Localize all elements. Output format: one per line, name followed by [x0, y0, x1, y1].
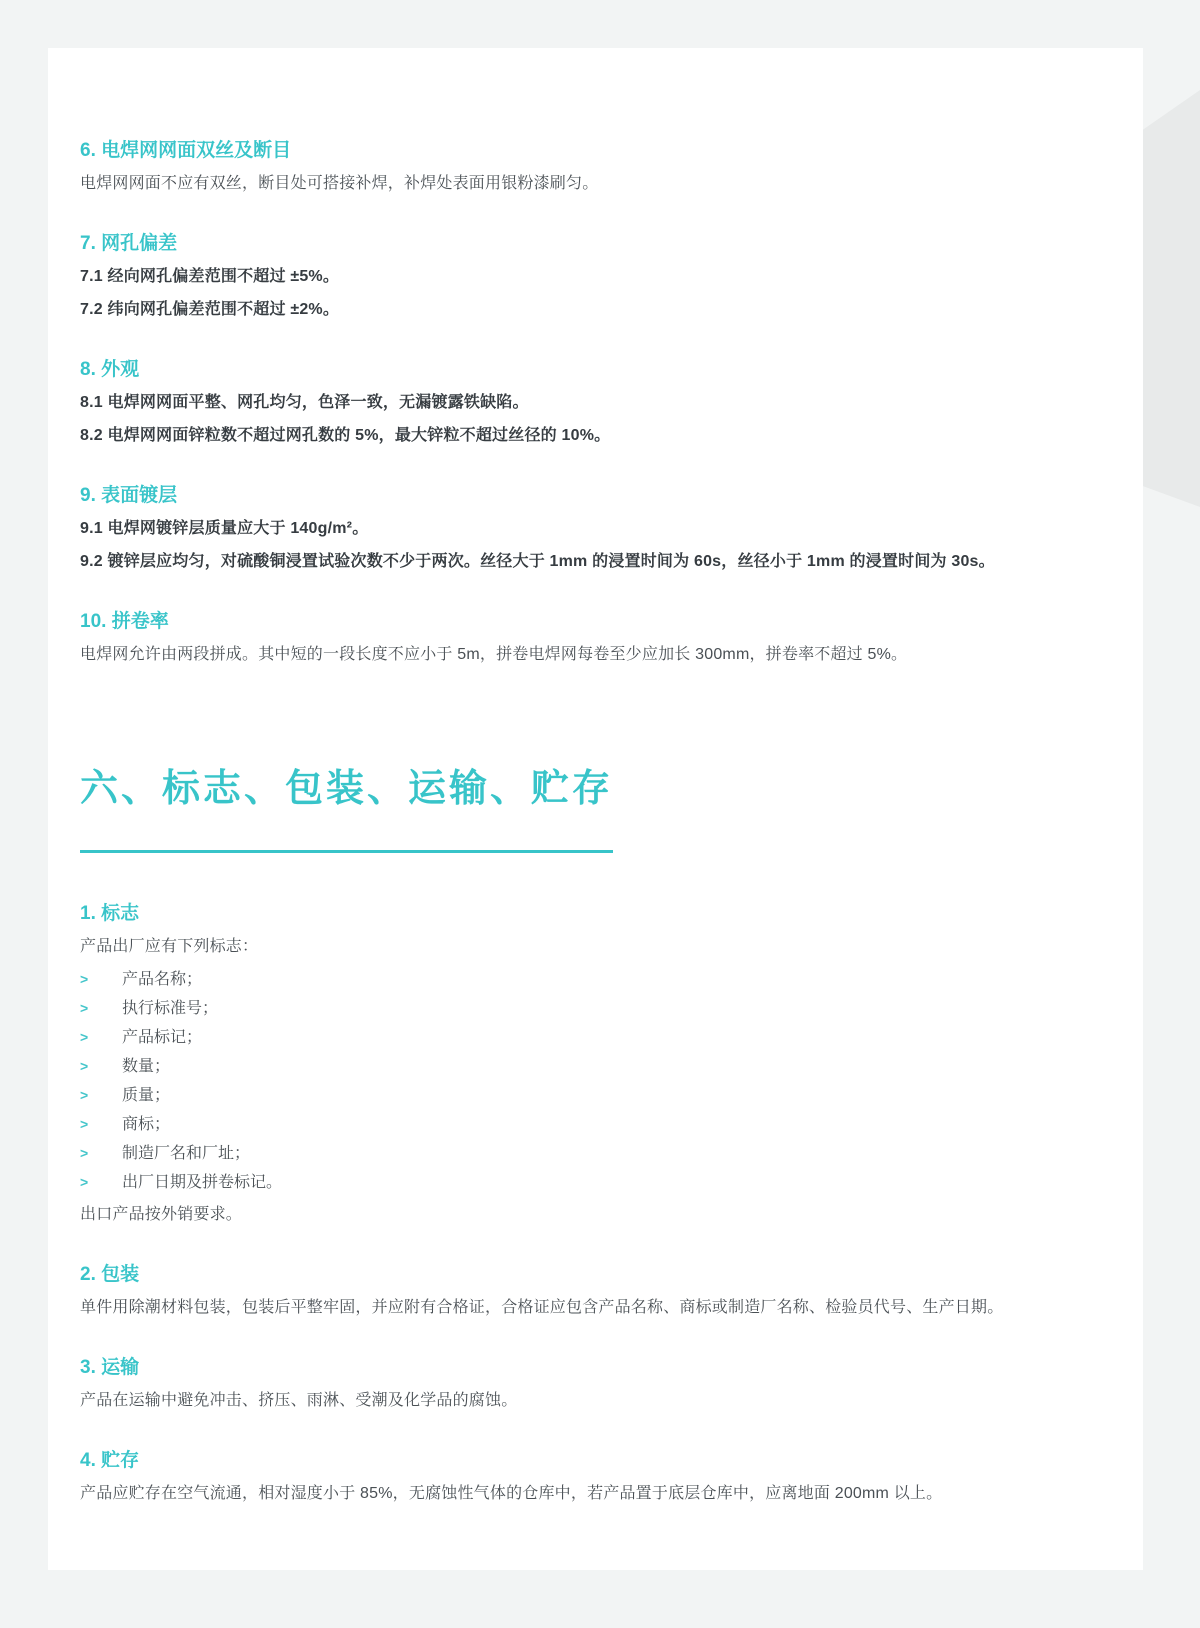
section-mesh-deviation: 7. 网孔偏差 7.1 经向网孔偏差范围不超过 ±5%。 7.2 纬向网孔偏差范… — [80, 231, 1103, 323]
list-item-text: 制造厂名和厂址； — [122, 1139, 250, 1168]
section-appearance: 8. 外观 8.1 电焊网网面平整、网孔均匀，色泽一致，无漏镀露铁缺陷。 8.2… — [80, 357, 1103, 449]
section-transport: 3. 运输 产品在运输中避免冲击、挤压、雨淋、受潮及化学品的腐蚀。 — [80, 1355, 1103, 1414]
list-item-text: 产品标记； — [122, 1023, 202, 1052]
section-heading-9: 9. 表面镀层 — [80, 483, 1103, 509]
list-item-text: 执行标准号； — [122, 994, 218, 1023]
list-item: > 质量； — [80, 1081, 1103, 1110]
chevron-bullet-icon: > — [80, 1023, 122, 1052]
section-surface-coating: 9. 表面镀层 9.1 电焊网镀锌层质量应大于 140g/m²。 9.2 镀锌层… — [80, 483, 1103, 575]
section-paragraph: 7.1 经向网孔偏差范围不超过 ±5%。 — [80, 264, 1103, 290]
section-paragraph: 产品在运输中避免冲击、挤压、雨淋、受潮及化学品的腐蚀。 — [80, 1388, 1103, 1414]
list-item-text: 数量； — [122, 1052, 170, 1081]
chevron-bullet-icon: > — [80, 1081, 122, 1110]
marking-outro: 出口产品按外销要求。 — [80, 1202, 1103, 1228]
marking-intro: 产品出厂应有下列标志： — [80, 934, 1103, 960]
section-heading-transport: 3. 运输 — [80, 1355, 1103, 1381]
list-item: > 执行标准号； — [80, 994, 1103, 1023]
section-marking: 1. 标志 产品出厂应有下列标志： > 产品名称； > 执行标准号； > 产品标… — [80, 901, 1103, 1228]
section-storage: 4. 贮存 产品应贮存在空气流通，相对湿度小于 85%，无腐蚀性气体的仓库中，若… — [80, 1448, 1103, 1507]
section-heading-6: 6. 电焊网网面双丝及断目 — [80, 138, 1103, 164]
list-item: > 商标； — [80, 1110, 1103, 1139]
list-item: > 出厂日期及拼卷标记。 — [80, 1168, 1103, 1197]
marking-list: > 产品名称； > 执行标准号； > 产品标记； > 数量； > 质量； — [80, 965, 1103, 1197]
list-item-text: 产品名称； — [122, 965, 202, 994]
chapter-title: 六、标志、包装、运输、贮存 — [80, 768, 613, 853]
section-paragraph: 8.1 电焊网网面平整、网孔均匀，色泽一致，无漏镀露铁缺陷。 — [80, 390, 1103, 416]
list-item: > 制造厂名和厂址； — [80, 1139, 1103, 1168]
section-double-wire: 6. 电焊网网面双丝及断目 电焊网网面不应有双丝，断目处可搭接补焊，补焊处表面用… — [80, 138, 1103, 197]
section-paragraph: 单件用除潮材料包装，包装后平整牢固，并应附有合格证，合格证应包含产品名称、商标或… — [80, 1295, 1103, 1321]
list-item: > 产品标记； — [80, 1023, 1103, 1052]
section-heading-packaging: 2. 包装 — [80, 1262, 1103, 1288]
hexagon-decoration — [1143, 90, 1200, 507]
chevron-bullet-icon: > — [80, 1139, 122, 1168]
chapter-title-wrap: 六、标志、包装、运输、贮存 — [80, 768, 1103, 853]
list-item: > 数量； — [80, 1052, 1103, 1081]
section-paragraph: 9.2 镀锌层应均匀，对硫酸铜浸置试验次数不少于两次。丝径大于 1mm 的浸置时… — [80, 549, 1103, 575]
list-item-text: 出厂日期及拼卷标记。 — [122, 1168, 282, 1197]
chevron-bullet-icon: > — [80, 1168, 122, 1197]
section-paragraph: 产品应贮存在空气流通，相对湿度小于 85%，无腐蚀性气体的仓库中，若产品置于底层… — [80, 1481, 1103, 1507]
section-heading-8: 8. 外观 — [80, 357, 1103, 383]
section-paragraph: 9.1 电焊网镀锌层质量应大于 140g/m²。 — [80, 516, 1103, 542]
section-packaging: 2. 包装 单件用除潮材料包装，包装后平整牢固，并应附有合格证，合格证应包含产品… — [80, 1262, 1103, 1321]
section-paragraph: 7.2 纬向网孔偏差范围不超过 ±2%。 — [80, 297, 1103, 323]
section-heading-mark: 1. 标志 — [80, 901, 1103, 927]
list-item: > 产品名称； — [80, 965, 1103, 994]
chevron-bullet-icon: > — [80, 1110, 122, 1139]
chevron-bullet-icon: > — [80, 965, 122, 994]
section-heading-10: 10. 拼卷率 — [80, 609, 1103, 635]
document-content: 6. 电焊网网面双丝及断目 电焊网网面不应有双丝，断目处可搭接补焊，补焊处表面用… — [48, 48, 1143, 1507]
chevron-bullet-icon: > — [80, 1052, 122, 1081]
section-paragraph: 8.2 电焊网网面锌粒数不超过网孔数的 5%，最大锌粒不超过丝径的 10%。 — [80, 423, 1103, 449]
section-splice-rate: 10. 拼卷率 电焊网允许由两段拼成。其中短的一段长度不应小于 5m，拼卷电焊网… — [80, 609, 1103, 668]
document-card: 6. 电焊网网面双丝及断目 电焊网网面不应有双丝，断目处可搭接补焊，补焊处表面用… — [48, 48, 1143, 1570]
list-item-text: 商标； — [122, 1110, 170, 1139]
section-heading-storage: 4. 贮存 — [80, 1448, 1103, 1474]
list-item-text: 质量； — [122, 1081, 170, 1110]
section-paragraph: 电焊网网面不应有双丝，断目处可搭接补焊，补焊处表面用银粉漆刷匀。 — [80, 171, 1103, 197]
section-heading-7: 7. 网孔偏差 — [80, 231, 1103, 257]
section-paragraph: 电焊网允许由两段拼成。其中短的一段长度不应小于 5m，拼卷电焊网每卷至少应加长 … — [80, 642, 1103, 668]
chevron-bullet-icon: > — [80, 994, 122, 1023]
